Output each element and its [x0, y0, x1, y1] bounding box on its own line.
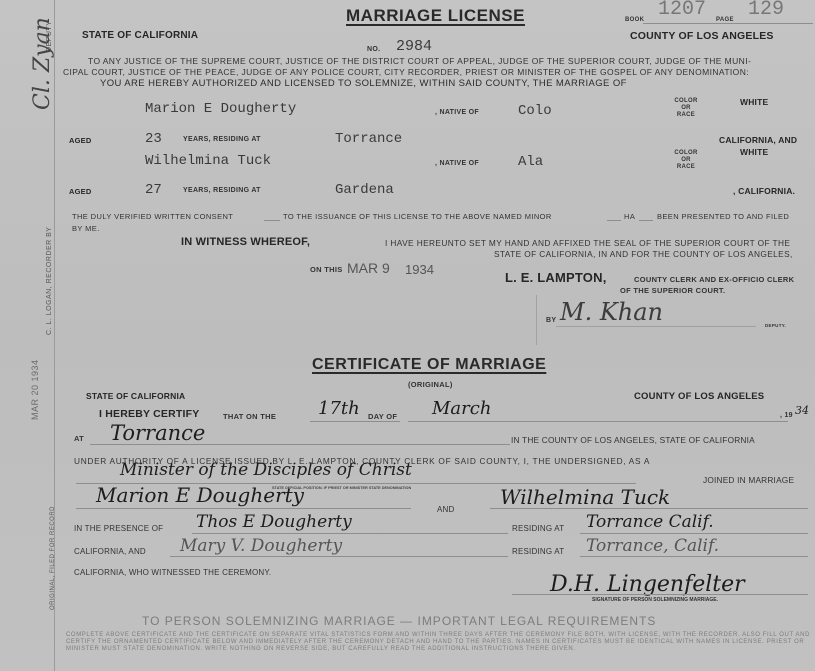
- filed-for-record-label: ORIGINAL, FILED FOR RECORD: [50, 506, 56, 610]
- license-no-label: NO.: [367, 46, 380, 53]
- ceremony-year: 34: [795, 404, 809, 417]
- clerk-title-2: OF THE SUPERIOR COURT.: [620, 286, 725, 295]
- party1-residing-label: YEARS, RESIDING AT: [183, 136, 261, 143]
- consent-text-d: BEEN PRESENTED TO AND FILED: [657, 212, 789, 221]
- marriage-record-document: DEPUTY Cl. Zyan C. L. LOGAN, RECORDER BY…: [0, 0, 815, 671]
- party1-state-suffix: CALIFORNIA, AND: [719, 135, 797, 145]
- clerk-name: L. E. LAMPTON,: [505, 270, 607, 285]
- preamble-line-3: YOU ARE HEREBY AUTHORIZED AND LICENSED T…: [100, 78, 627, 89]
- witness1-residence: Torrance Calif.: [586, 512, 714, 532]
- party2-residing-label: YEARS, RESIDING AT: [183, 187, 261, 194]
- consent-text-b: TO THE ISSUANCE OF THIS LICENSE TO THE A…: [283, 212, 552, 221]
- county-state-text: IN THE COUNTY OF LOS ANGELES, STATE OF C…: [511, 435, 755, 445]
- on-this-label: ON THIS: [310, 265, 343, 274]
- party2-state-suffix: , CALIFORNIA.: [733, 186, 795, 196]
- page-number: 129: [748, 0, 784, 21]
- party2-race-label: COLORORRACE: [674, 150, 698, 171]
- year-prefix: , 19: [780, 412, 793, 419]
- consent-text-a: THE DULY VERIFIED WRITTEN CONSENT: [72, 212, 233, 221]
- party2-native-of: Ala: [518, 154, 543, 170]
- recorder-margin-label: C. L. LOGAN, RECORDER BY: [46, 227, 53, 335]
- consent-by-me: BY ME.: [72, 224, 100, 233]
- party2-name: Wilhelmina Tuck: [145, 153, 271, 169]
- consent-text-c: HA: [624, 212, 635, 221]
- ceremony-month: March: [432, 398, 491, 419]
- ceremony-day: 17th: [318, 398, 360, 419]
- party2-race: WHITE: [740, 147, 768, 157]
- book-label: BOOK: [625, 17, 644, 23]
- preamble-line-2: CIPAL COURT, JUSTICE OF THE PEACE, JUDGE…: [63, 67, 749, 77]
- presence-label: IN THE PRESENCE OF: [74, 524, 163, 533]
- party1-race: WHITE: [740, 97, 768, 107]
- party2-age: 27: [145, 182, 162, 198]
- filed-date-stamp: MAR 20 1934: [30, 359, 40, 420]
- in-witness-whereof: IN WITNESS WHEREOF,: [181, 236, 310, 248]
- license-title: MARRIAGE LICENSE: [346, 6, 525, 26]
- recorder-deputy-signature: Cl. Zyan: [30, 17, 55, 110]
- clerk-title-1: COUNTY CLERK AND EX-OFFICIO CLERK: [634, 275, 794, 284]
- witness-line-2: STATE OF CALIFORNIA, IN AND FOR THE COUN…: [494, 249, 793, 259]
- i-hereby-certify: I HEREBY CERTIFY: [99, 408, 199, 420]
- witness2-residing-label: RESIDING AT: [512, 547, 564, 556]
- license-number: 2984: [396, 38, 432, 55]
- instructions-heading: TO PERSON SOLEMNIZING MARRIAGE — IMPORTA…: [142, 614, 656, 628]
- party1-name: Marion E Dougherty: [145, 101, 296, 117]
- joined-in-marriage-label: JOINED IN MARRIAGE: [703, 475, 794, 485]
- page-label: PAGE: [716, 17, 734, 23]
- instructions-body: COMPLETE ABOVE CERTIFICATE AND THE CERTI…: [66, 632, 811, 653]
- party1-aged-label: AGED: [69, 136, 91, 145]
- certify-text: THAT ON THE: [223, 412, 276, 421]
- by-label: BY: [546, 317, 556, 324]
- certificate-subtitle: (ORIGINAL): [408, 380, 453, 389]
- witness1-name: Thos E Dougherty: [196, 512, 352, 532]
- party1-residence: Torrance: [335, 131, 402, 147]
- witness2-residence: Torrance, Calif.: [586, 536, 719, 556]
- bride-name: Wilhelmina Tuck: [500, 485, 670, 509]
- certificate-county: COUNTY OF LOS ANGELES: [634, 391, 764, 402]
- preamble-line-1: TO ANY JUSTICE OF THE SUPREME COURT, JUS…: [88, 56, 751, 66]
- and-label: AND: [437, 505, 455, 514]
- day-of-label: DAY OF: [368, 412, 397, 421]
- party1-race-label: COLORORRACE: [674, 98, 698, 119]
- official-position: Minister of the Disciples of Christ: [120, 460, 412, 480]
- license-county: COUNTY OF LOS ANGELES: [630, 30, 774, 42]
- california-and-label: CALIFORNIA, AND: [74, 547, 146, 556]
- certificate-state: STATE OF CALIFORNIA: [86, 391, 185, 401]
- party2-residence: Gardena: [335, 182, 394, 198]
- witness2-name: Mary V. Dougherty: [180, 536, 342, 556]
- deputy-signature: M. Khan: [560, 298, 663, 326]
- witness-line-1: I HAVE HEREUNTO SET MY HAND AND AFFIXED …: [385, 238, 790, 248]
- deputy-label: DEPUTY.: [765, 323, 786, 328]
- signature-caption: SIGNATURE OF PERSON SOLEMNIZING MARRIAGE…: [592, 597, 718, 603]
- who-witnessed-text: CALIFORNIA, WHO WITNESSED THE CEREMONY.: [74, 568, 271, 577]
- party1-native-of: Colo: [518, 103, 552, 119]
- party2-aged-label: AGED: [69, 187, 91, 196]
- license-state: STATE OF CALIFORNIA: [82, 30, 198, 41]
- party1-native-label: , NATIVE OF: [435, 109, 479, 116]
- party1-age: 23: [145, 131, 162, 147]
- issue-year: 1934: [405, 262, 434, 277]
- party2-native-label: , NATIVE OF: [435, 160, 479, 167]
- certificate-title: CERTIFICATE OF MARRIAGE: [312, 356, 546, 374]
- witness1-residing-label: RESIDING AT: [512, 524, 564, 533]
- at-label: AT: [74, 434, 84, 443]
- book-number: 1207: [658, 0, 706, 21]
- groom-name: Marion E Dougherty: [96, 483, 304, 507]
- issue-date: MAR 9: [347, 260, 390, 276]
- ceremony-place: Torrance: [110, 421, 205, 445]
